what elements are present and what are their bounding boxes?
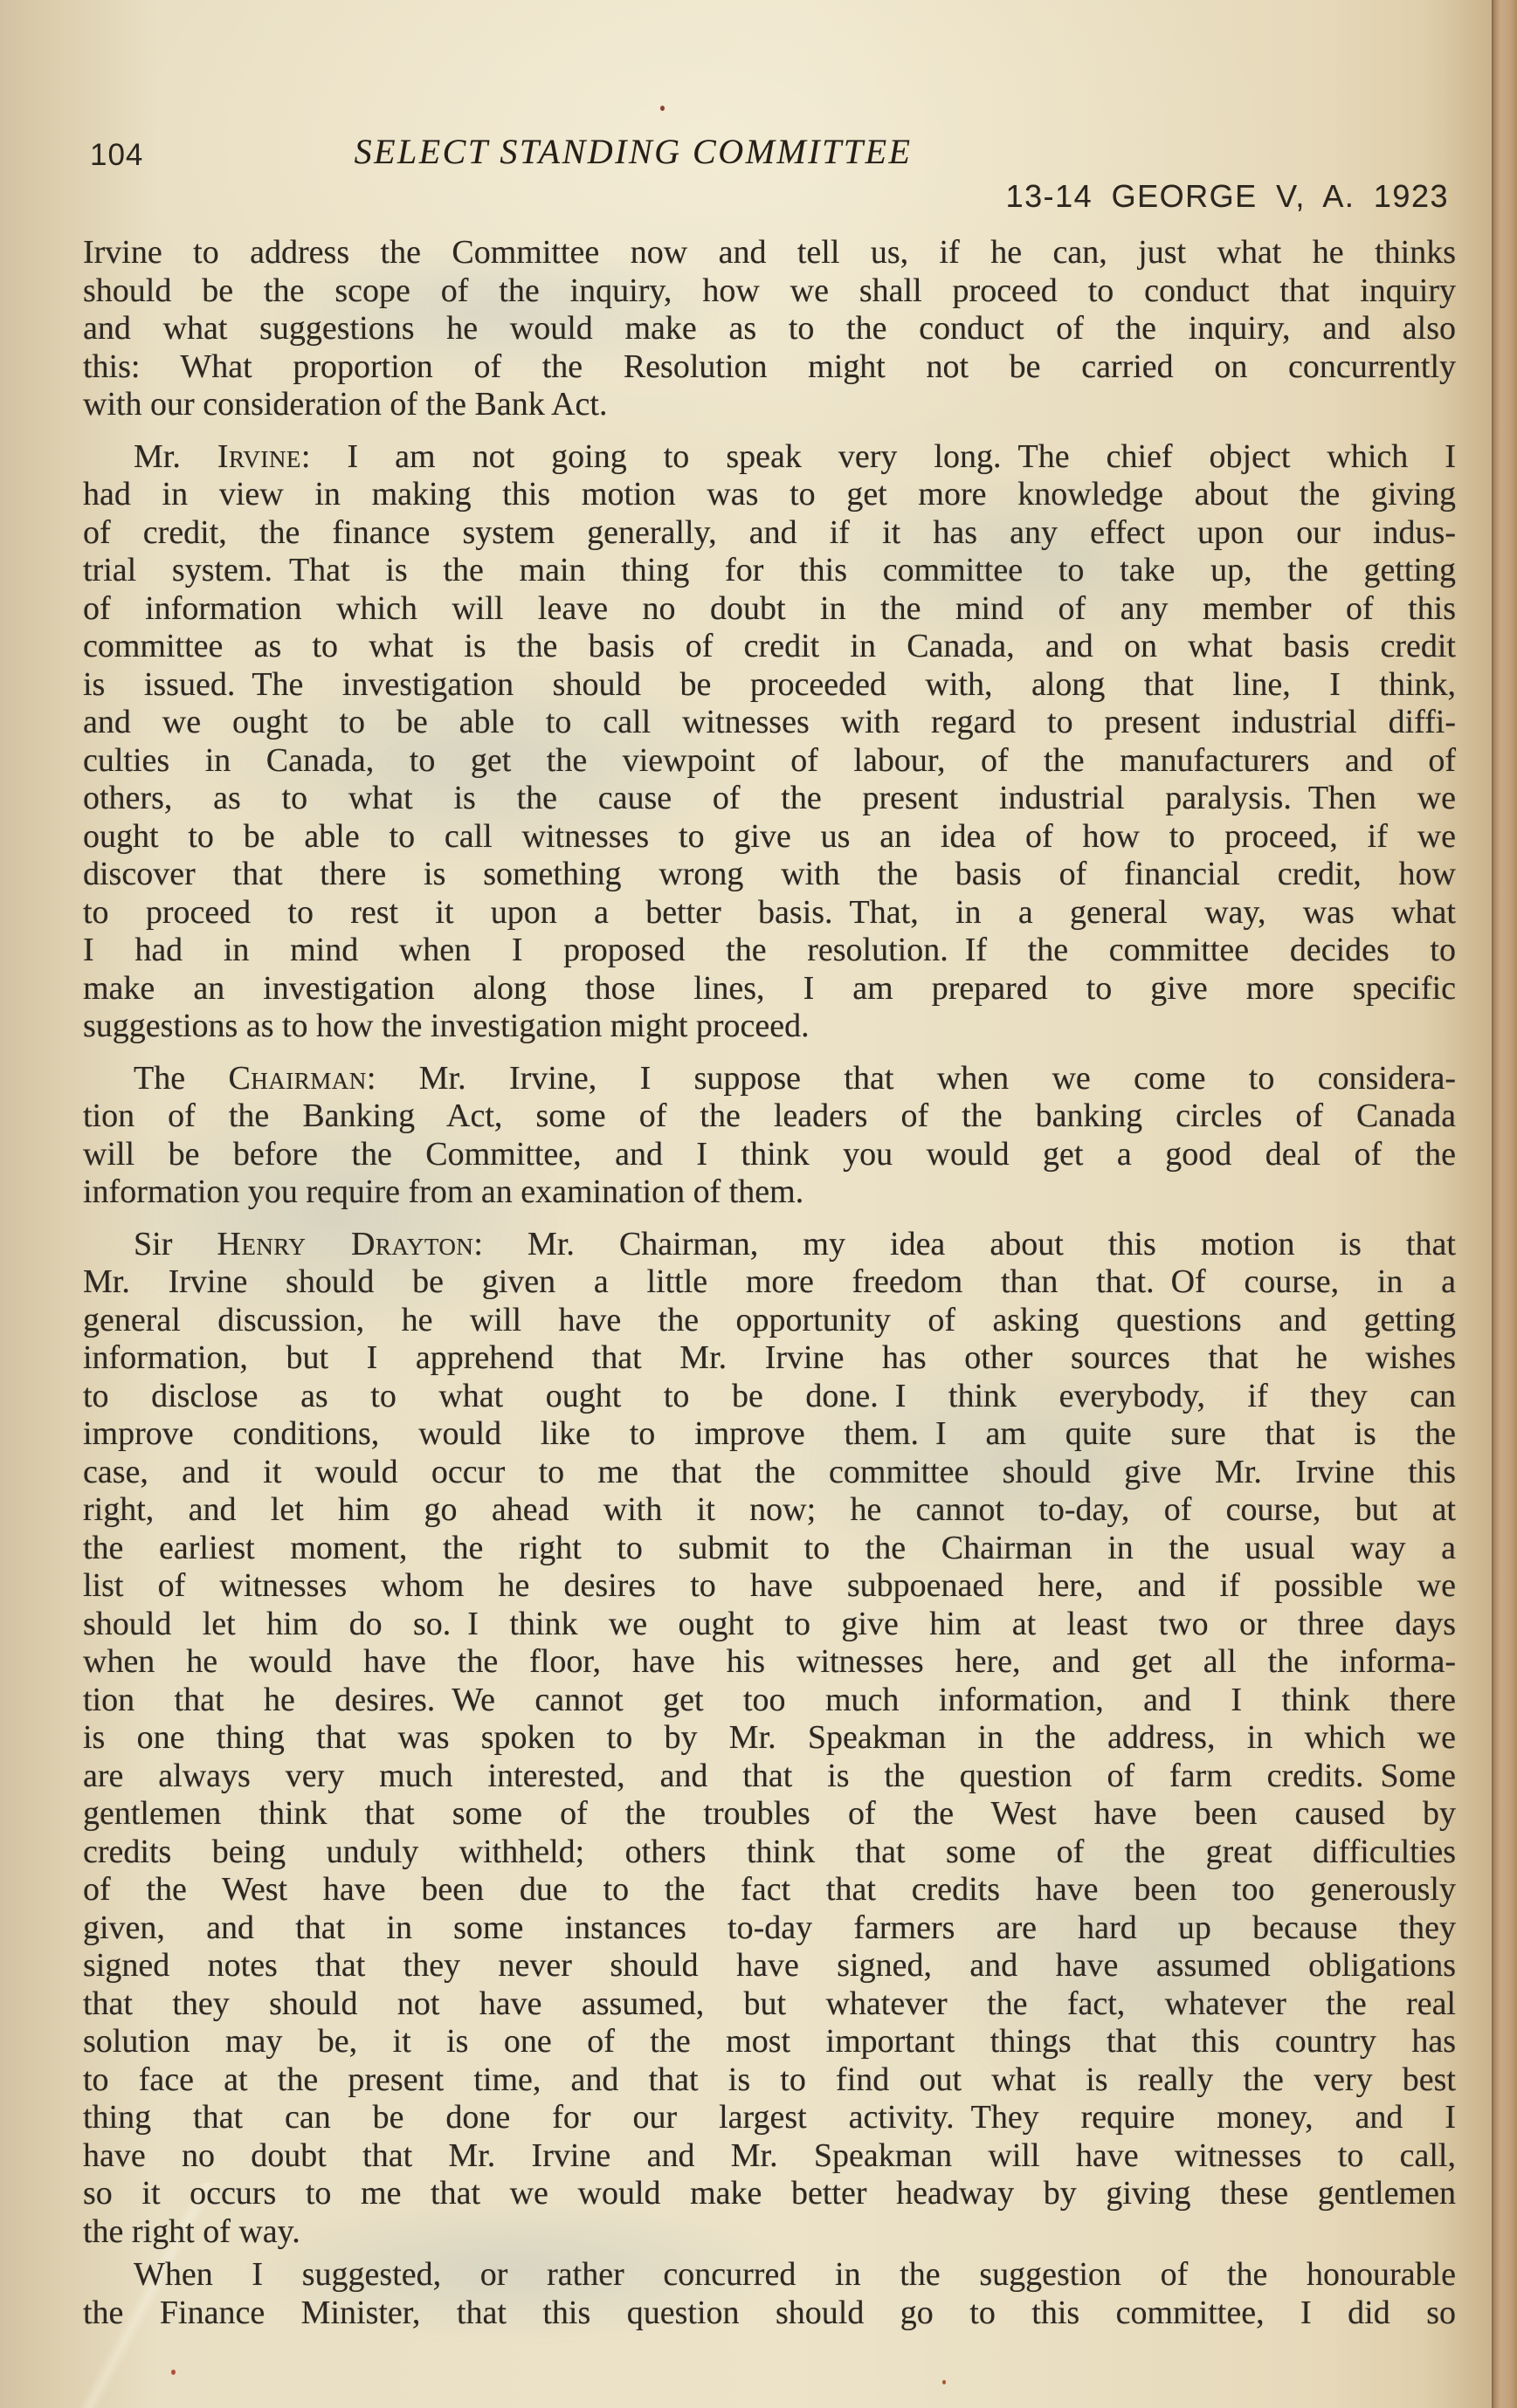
page-body: Irvine to address the Committee now and … <box>83 234 1456 2332</box>
text-segment: are always very much interested, and tha… <box>83 1758 1456 1794</box>
paper-speck <box>660 106 665 111</box>
text-segment: suggestions as to how the investigation … <box>83 1008 810 1044</box>
speaker-name: Irvine <box>217 438 301 475</box>
text-segment: committee as to what is the basis of cre… <box>83 628 1456 664</box>
text-segment: others, as to what is the cause of the p… <box>83 780 1456 816</box>
session-line: 13-14 GEORGE V, A. 1923 <box>1006 178 1449 215</box>
text-segment: with our consideration of the Bank Act. <box>83 386 608 423</box>
text-line: solution may be, it is one of the most i… <box>83 2023 1456 2061</box>
text-segment: discover that there is something wrong w… <box>83 856 1456 892</box>
text-line: to disclose as to what ought to be done.… <box>83 1378 1456 1416</box>
text-line: When I suggested, or rather concurred in… <box>83 2256 1456 2294</box>
text-line: discover that there is something wrong w… <box>83 856 1456 894</box>
text-segment: Sir <box>134 1226 217 1262</box>
text-line: right, and let him go ahead with it now;… <box>83 1491 1456 1530</box>
text-segment: : I am not going to speak very long. The… <box>301 438 1456 475</box>
text-segment: to face at the present time, and that is… <box>83 2061 1456 2098</box>
text-line: credits being unduly withheld; others th… <box>83 1834 1456 1872</box>
text-line: is one thing that was spoken to by Mr. S… <box>83 1719 1456 1758</box>
text-segment: when he would have the floor, have his w… <box>83 1643 1456 1680</box>
text-segment: tion of the Banking Act, some of the lea… <box>83 1097 1456 1134</box>
text-segment: tion that he desires. We cannot get too … <box>83 1682 1456 1718</box>
text-line: of credit, the finance system generally,… <box>83 514 1456 553</box>
text-segment: of the West have been due to the fact th… <box>83 1871 1456 1908</box>
speech-drayton-continued: When I suggested, or rather concurred in… <box>83 2256 1456 2332</box>
text-line: thing that can be done for our largest a… <box>83 2099 1456 2137</box>
text-segment: culties in Canada, to get the viewpoint … <box>83 742 1456 779</box>
text-line: signed notes that they never should have… <box>83 1947 1456 1985</box>
text-line: should let him do so. I think we ought t… <box>83 1606 1456 1644</box>
text-segment: thing that can be done for our largest a… <box>83 2099 1456 2136</box>
text-line: of the West have been due to the fact th… <box>83 1871 1456 1909</box>
text-segment: have no doubt that Mr. Irvine and Mr. Sp… <box>83 2137 1456 2174</box>
text-line: that they should not have assumed, but w… <box>83 1985 1456 2024</box>
speech-sir-henry-drayton: Sir Henry Drayton: Mr. Chairman, my idea… <box>83 1226 1456 2252</box>
text-line: and what suggestions he would make as to… <box>83 310 1456 348</box>
text-segment: of information which will leave no doubt… <box>83 590 1456 627</box>
text-segment: should let him do so. I think we ought t… <box>83 1606 1456 1642</box>
text-line: gentlemen think that some of the trouble… <box>83 1795 1456 1834</box>
text-line: when he would have the floor, have his w… <box>83 1643 1456 1682</box>
text-segment: case, and it would occur to me that the … <box>83 1454 1456 1490</box>
speaker-name: Henry Drayton <box>217 1226 473 1262</box>
speech-chairman: The Chairman: Mr. Irvine, I suppose that… <box>83 1060 1456 1212</box>
text-line: the right of way. <box>83 2213 1456 2252</box>
text-line: of information which will leave no doubt… <box>83 590 1456 629</box>
text-line: culties in Canada, to get the viewpoint … <box>83 742 1456 781</box>
text-segment: signed notes that they never should have… <box>83 1947 1456 1984</box>
text-line: improve conditions, would like to improv… <box>83 1415 1456 1454</box>
text-segment: The <box>134 1060 228 1097</box>
speaker-name: Chairman <box>228 1060 366 1097</box>
text-line: ought to be able to call witnesses to gi… <box>83 818 1456 857</box>
paper-speck <box>942 2380 946 2384</box>
text-line: make an investigation along those lines,… <box>83 970 1456 1008</box>
text-line: information, but I apprehend that Mr. Ir… <box>83 1339 1456 1378</box>
text-line: should be the scope of the inquiry, how … <box>83 272 1456 311</box>
text-segment: so it occurs to me that we would make be… <box>83 2175 1456 2212</box>
text-line: given, and that in some instances to-day… <box>83 1909 1456 1948</box>
text-line: The Chairman: Mr. Irvine, I suppose that… <box>83 1060 1456 1098</box>
text-segment: Mr. <box>134 438 217 475</box>
text-segment: trial system. That is the main thing for… <box>83 552 1456 588</box>
text-segment: : Mr. Chairman, my idea about this motio… <box>473 1226 1456 1262</box>
text-line: to face at the present time, and that is… <box>83 2061 1456 2100</box>
text-line: had in view in making this motion was to… <box>83 476 1456 514</box>
text-segment: list of witnesses whom he desires to hav… <box>83 1567 1456 1604</box>
text-line: Sir Henry Drayton: Mr. Chairman, my idea… <box>83 1226 1456 1264</box>
text-segment: When I suggested, or rather concurred in… <box>134 2256 1456 2293</box>
text-segment: the Finance Minister, that this question… <box>83 2294 1456 2331</box>
continued-remarks: Irvine to address the Committee now and … <box>83 234 1456 424</box>
text-segment: and we ought to be able to call witnesse… <box>83 704 1456 740</box>
text-segment: Irvine to address the Committee now and … <box>83 234 1456 271</box>
text-line: and we ought to be able to call witnesse… <box>83 704 1456 742</box>
text-line: Mr. Irvine should be given a little more… <box>83 1263 1456 1302</box>
text-line: committee as to what is the basis of cre… <box>83 628 1456 666</box>
text-segment: general discussion, he will have the opp… <box>83 1302 1456 1338</box>
text-segment: ought to be able to call witnesses to gi… <box>83 818 1456 855</box>
text-segment: and what suggestions he would make as to… <box>83 310 1456 347</box>
text-line: the earliest moment, the right to submit… <box>83 1530 1456 1568</box>
text-segment: the earliest moment, the right to submit… <box>83 1530 1456 1566</box>
text-segment: is one thing that was spoken to by Mr. S… <box>83 1719 1456 1756</box>
text-line: others, as to what is the cause of the p… <box>83 780 1456 818</box>
text-segment: the right of way. <box>83 2213 300 2250</box>
text-line: is issued. The investigation should be p… <box>83 666 1456 705</box>
book-page-edge <box>1492 0 1517 2408</box>
text-line: list of witnesses whom he desires to hav… <box>83 1567 1456 1606</box>
text-segment: information, but I apprehend that Mr. Ir… <box>83 1339 1456 1376</box>
text-segment: : Mr. Irvine, I suppose that when we com… <box>367 1060 1456 1097</box>
running-title: SELECT STANDING COMMITTEE <box>355 131 913 172</box>
text-line: will be before the Committee, and I thin… <box>83 1136 1456 1174</box>
text-line: this: What proportion of the Resolution … <box>83 348 1456 387</box>
text-segment: credits being unduly withheld; others th… <box>83 1834 1456 1870</box>
text-line: so it occurs to me that we would make be… <box>83 2175 1456 2213</box>
scanned-page: 104 SELECT STANDING COMMITTEE 13-14 GEOR… <box>0 0 1517 2408</box>
text-segment: solution may be, it is one of the most i… <box>83 2023 1456 2060</box>
text-segment: should be the scope of the inquiry, how … <box>83 272 1456 309</box>
text-segment: improve conditions, would like to improv… <box>83 1415 1456 1452</box>
text-segment: this: What proportion of the Resolution … <box>83 348 1456 385</box>
text-segment: make an investigation along those lines,… <box>83 970 1456 1007</box>
text-line: tion that he desires. We cannot get too … <box>83 1682 1456 1720</box>
text-segment: information you require from an examinat… <box>83 1173 803 1210</box>
text-segment: right, and let him go ahead with it now;… <box>83 1491 1456 1528</box>
text-segment: Mr. Irvine should be given a little more… <box>83 1263 1456 1300</box>
text-line: I had in mind when I proposed the resolu… <box>83 932 1456 970</box>
text-line: information you require from an examinat… <box>83 1173 1456 1212</box>
page-number: 104 <box>90 138 143 173</box>
text-segment: to proceed to rest it upon a better basi… <box>83 894 1456 931</box>
text-line: the Finance Minister, that this question… <box>83 2294 1456 2333</box>
text-line: have no doubt that Mr. Irvine and Mr. Sp… <box>83 2137 1456 2176</box>
text-segment: gentlemen think that some of the trouble… <box>83 1795 1456 1832</box>
text-segment: to disclose as to what ought to be done.… <box>83 1378 1456 1414</box>
text-line: suggestions as to how the investigation … <box>83 1008 1456 1046</box>
text-line: are always very much interested, and tha… <box>83 1758 1456 1796</box>
text-line: Irvine to address the Committee now and … <box>83 234 1456 272</box>
text-line: with our consideration of the Bank Act. <box>83 386 1456 424</box>
text-segment: that they should not have assumed, but w… <box>83 1985 1456 2022</box>
text-line: Mr. Irvine: I am not going to speak very… <box>83 438 1456 477</box>
text-segment: had in view in making this motion was to… <box>83 476 1456 513</box>
text-segment: is issued. The investigation should be p… <box>83 666 1456 703</box>
paper-speck <box>171 2370 176 2375</box>
text-line: trial system. That is the main thing for… <box>83 552 1456 590</box>
speech-mr-irvine: Mr. Irvine: I am not going to speak very… <box>83 438 1456 1046</box>
text-line: tion of the Banking Act, some of the lea… <box>83 1097 1456 1136</box>
text-segment: will be before the Committee, and I thin… <box>83 1136 1456 1173</box>
text-segment: given, and that in some instances to-day… <box>83 1909 1456 1946</box>
text-line: to proceed to rest it upon a better basi… <box>83 894 1456 932</box>
text-segment: of credit, the finance system generally,… <box>83 514 1456 551</box>
text-segment: I had in mind when I proposed the resolu… <box>83 932 1456 968</box>
text-line: general discussion, he will have the opp… <box>83 1302 1456 1340</box>
text-line: case, and it would occur to me that the … <box>83 1454 1456 1492</box>
